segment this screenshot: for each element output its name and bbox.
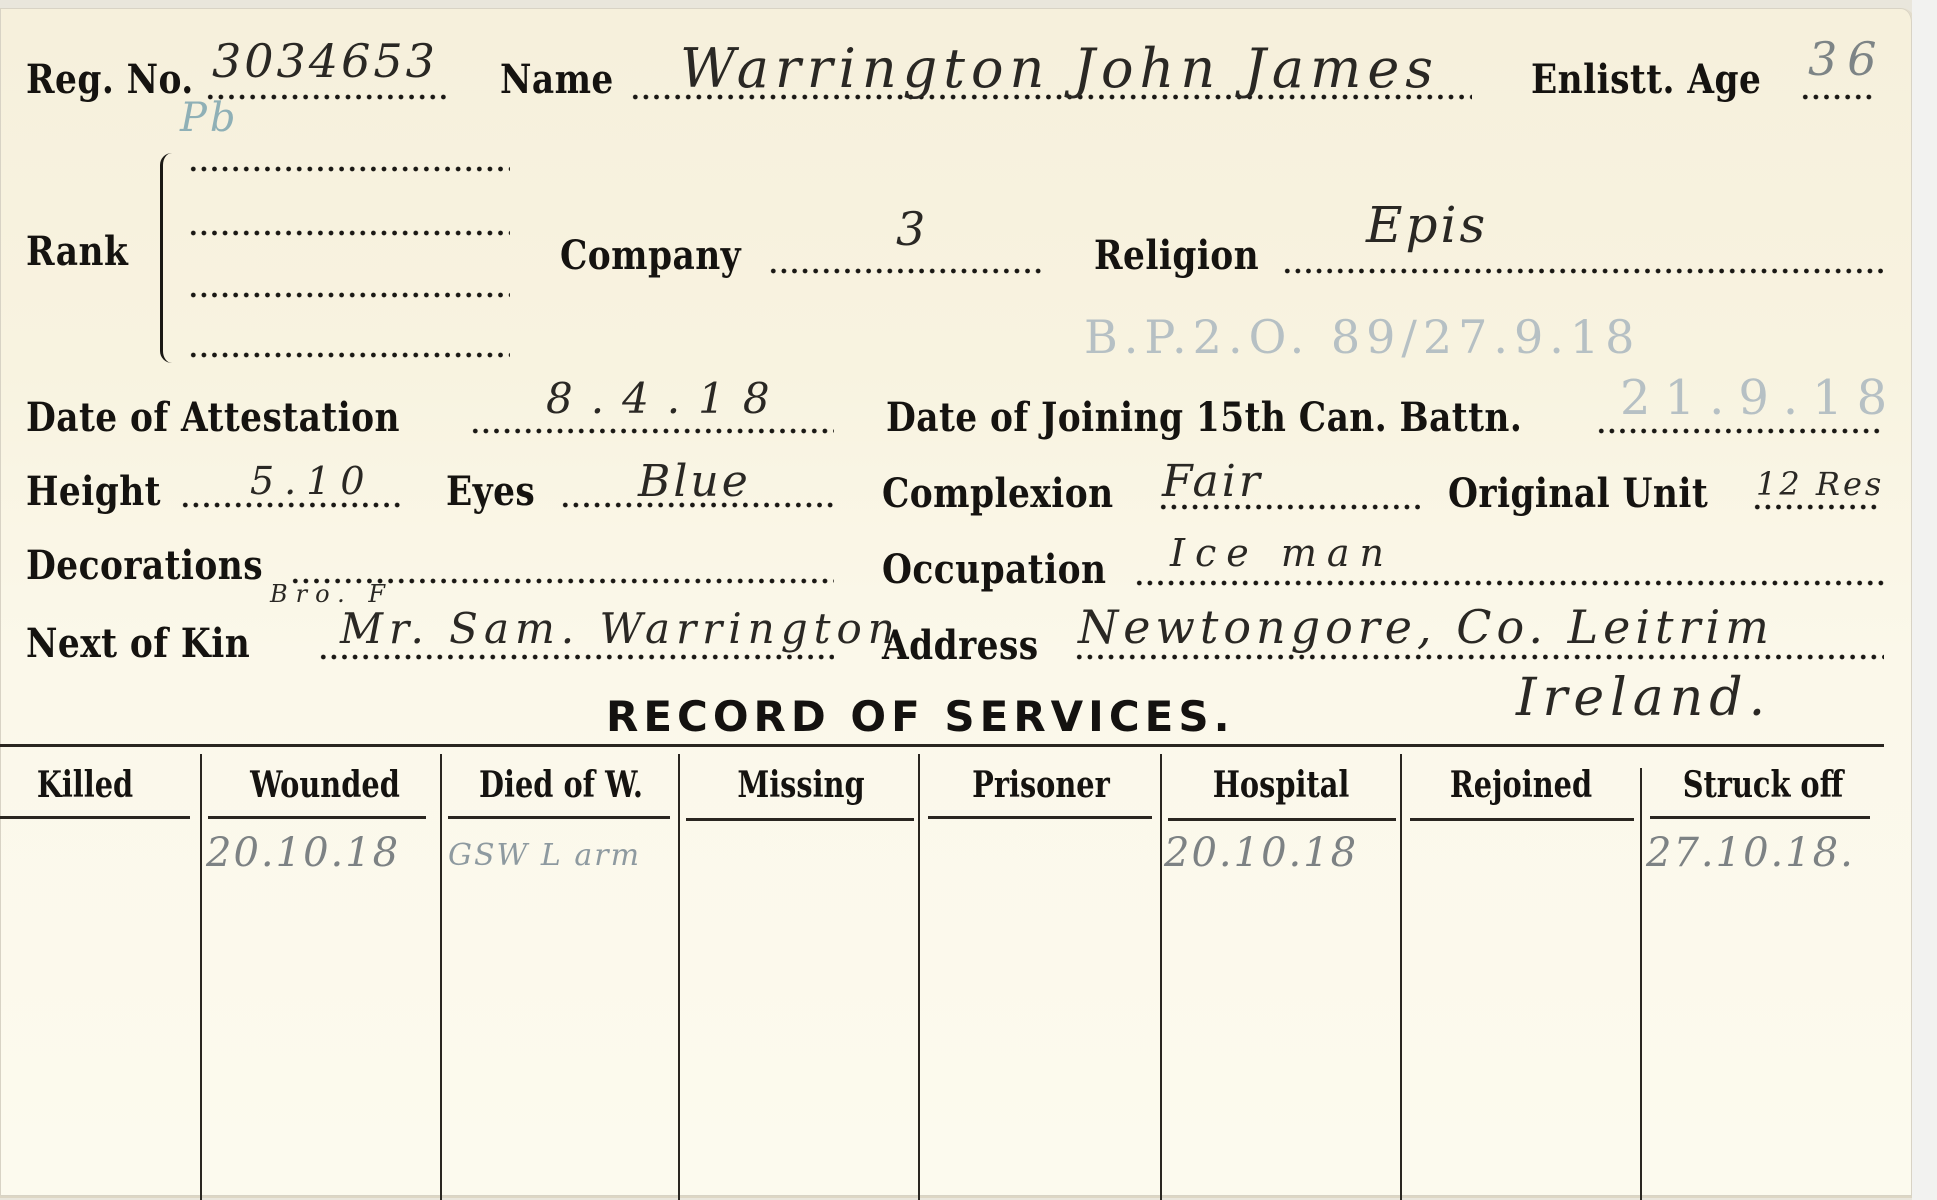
header-rule-struck-off bbox=[1650, 816, 1870, 819]
address-dotted-line bbox=[1074, 654, 1884, 660]
complexion-value: Fair bbox=[1162, 460, 1263, 504]
next-of-kin-value: Mr. Sam. Warrington bbox=[340, 608, 901, 650]
column-header-wounded: Wounded bbox=[233, 764, 417, 806]
occupation-value: Ice man bbox=[1170, 534, 1394, 572]
header-rule-died bbox=[448, 816, 670, 819]
joining-label: Date of Joining 15th Can. Battn. bbox=[886, 398, 1522, 438]
column-divider-1 bbox=[200, 754, 202, 1200]
column-header-hospital: Hospital bbox=[1189, 764, 1373, 806]
original-unit-value: 12 Res bbox=[1756, 468, 1884, 500]
next-of-kin-annotation: Bro. F bbox=[270, 582, 393, 606]
address-line-2: Ireland. bbox=[1516, 672, 1771, 724]
column-header-killed: Killed bbox=[17, 764, 153, 806]
religion-label: Religion bbox=[1094, 236, 1259, 276]
cell-wounded: 20.10.18 bbox=[206, 830, 400, 876]
column-divider-3 bbox=[678, 754, 680, 1200]
column-header-missing: Missing bbox=[709, 764, 893, 806]
original-unit-label: Original Unit bbox=[1448, 474, 1708, 514]
column-header-rejoined: Rejoined bbox=[1429, 764, 1613, 806]
address-line-1: Newtongore, Co. Leitrim bbox=[1078, 604, 1774, 650]
company-dotted-line bbox=[768, 268, 1046, 274]
header-rule-missing bbox=[686, 818, 914, 821]
name-value: Warrington John James bbox=[680, 42, 1439, 96]
address-label: Address bbox=[882, 626, 1039, 666]
eyes-label: Eyes bbox=[446, 472, 535, 512]
header-rule-hospital bbox=[1168, 818, 1396, 821]
eyes-value: Blue bbox=[638, 460, 751, 504]
cell-hospital: 20.10.18 bbox=[1164, 830, 1358, 876]
rank-line-3 bbox=[188, 292, 510, 298]
header-rule-prisoner bbox=[928, 816, 1152, 819]
column-divider-4 bbox=[918, 754, 920, 1200]
company-value: 3 bbox=[896, 206, 928, 252]
name-label: Name bbox=[500, 60, 614, 100]
table-top-rule bbox=[0, 744, 1884, 747]
occupation-dotted-line bbox=[1134, 580, 1884, 586]
next-of-kin-dotted-line bbox=[318, 654, 834, 660]
height-label: Height bbox=[26, 472, 161, 512]
cell-died-of-wounds: GSW L arm bbox=[448, 838, 641, 873]
column-divider-5 bbox=[1160, 754, 1162, 1200]
complexion-label: Complexion bbox=[882, 474, 1114, 514]
column-header-struck-off: Struck off bbox=[1669, 764, 1856, 806]
rank-line-2 bbox=[188, 230, 510, 236]
pencil-note: B.P.2.O. 89/27.9.18 bbox=[1084, 314, 1640, 360]
attestation-dotted-line bbox=[470, 428, 834, 434]
joining-dotted-line bbox=[1596, 428, 1884, 434]
original-unit-dotted-line bbox=[1752, 504, 1882, 510]
record-of-services-title: RECORD OF SERVICES. bbox=[606, 692, 1235, 741]
column-header-died-of-wounds: Died of W. bbox=[469, 764, 653, 806]
enlist-age-value: 36 bbox=[1808, 36, 1887, 82]
enlist-age-dotted-line bbox=[1800, 94, 1876, 100]
column-divider-6 bbox=[1400, 754, 1402, 1200]
header-rule-killed bbox=[0, 816, 190, 819]
company-label: Company bbox=[560, 236, 741, 276]
reg-no-annotation: Pb bbox=[180, 98, 239, 138]
cell-struck-off: 27.10.18. bbox=[1646, 830, 1855, 876]
attestation-label: Date of Attestation bbox=[26, 398, 400, 438]
joining-value: 21.9.18 bbox=[1620, 374, 1901, 422]
header-rule-rejoined bbox=[1410, 818, 1634, 821]
attestation-value: 8.4.18 bbox=[546, 378, 788, 420]
service-record-card: Reg. No. 3034653 Pb Name Warrington John… bbox=[0, 8, 1915, 1198]
reg-no-dotted-line bbox=[205, 94, 450, 100]
enlist-age-label: Enlistt. Age bbox=[1531, 60, 1761, 100]
header-rule-wounded bbox=[208, 816, 426, 819]
column-divider-2 bbox=[440, 754, 442, 1200]
scan-margin bbox=[1912, 0, 1937, 1200]
reg-no-value: 3034653 bbox=[212, 38, 438, 84]
rank-line-4 bbox=[188, 352, 510, 358]
column-header-prisoner: Prisoner bbox=[949, 764, 1133, 806]
column-divider-7 bbox=[1640, 768, 1642, 1200]
religion-value: Epis bbox=[1366, 200, 1488, 250]
rank-line-1 bbox=[188, 166, 510, 172]
occupation-label: Occupation bbox=[882, 550, 1106, 590]
religion-dotted-line bbox=[1282, 268, 1884, 274]
reg-no-label: Reg. No. bbox=[26, 60, 194, 100]
decorations-label: Decorations bbox=[26, 546, 263, 586]
rank-brace bbox=[160, 153, 179, 363]
rank-label: Rank bbox=[26, 232, 128, 272]
next-of-kin-label: Next of Kin bbox=[26, 624, 250, 664]
height-value: 5.10 bbox=[250, 462, 375, 500]
